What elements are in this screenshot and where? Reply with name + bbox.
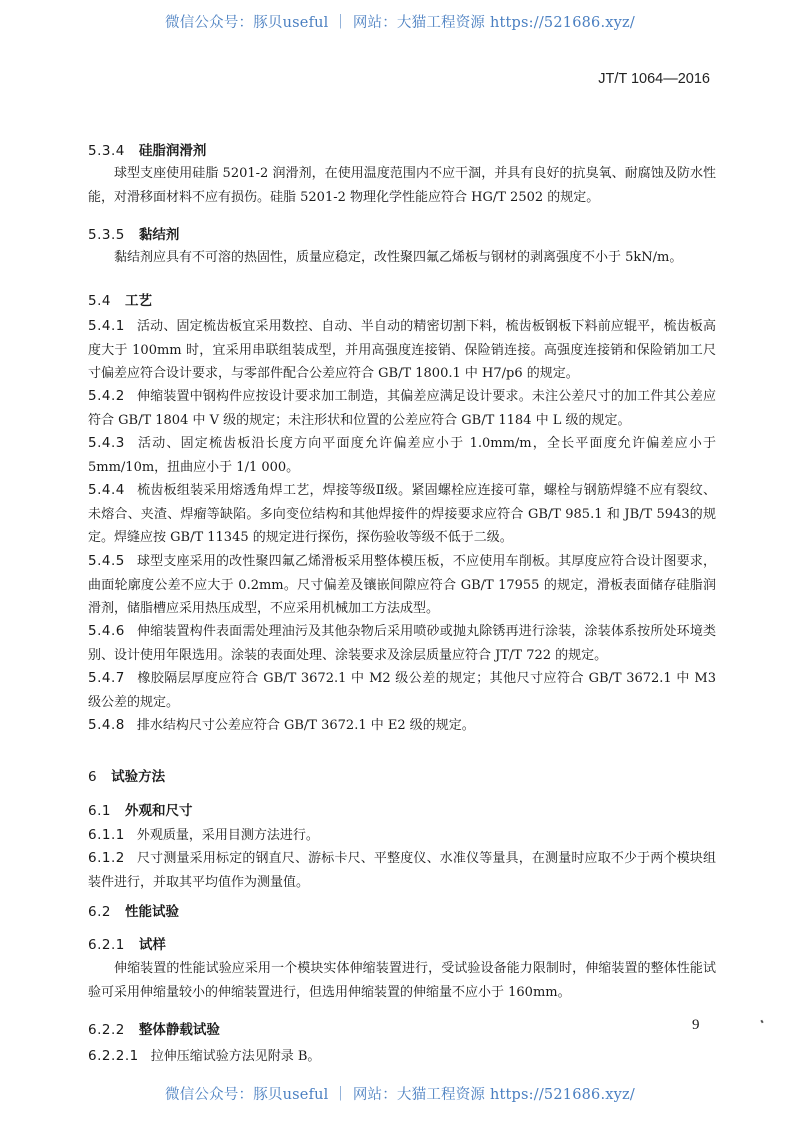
heading-6-2-1: 6.2.1试样: [88, 933, 166, 953]
page-number: 9: [692, 1017, 700, 1034]
standard-code: JT/T 1064—2016: [598, 71, 710, 87]
heading-6-1: 6.1外观和尺寸: [88, 799, 192, 819]
paragraph-5-3-5: 黏结剂应具有不可溶的热固性，质量应稳定，改性聚四氟乙烯板与钢材的剥离强度不小于 …: [88, 246, 716, 270]
clause-6-2-2-1: 6.2.2.1拉伸压缩试验方法见附录 B。: [88, 1045, 716, 1069]
heading-5-3-4: 5.3.4硅脂润滑剂: [88, 139, 206, 159]
clause-5-4-3: 5.4.3活动、固定梳齿板沿长度方向平面度允许偏差应小于 1.0mm/m，全长平…: [88, 432, 716, 479]
clause-6-1-1: 6.1.1外观质量，采用目测方法进行。: [88, 824, 716, 848]
heading-6: 6试验方法: [88, 765, 165, 785]
paragraph-6-2-1: 伸缩装置的性能试验应采用一个模块实体伸缩装置进行，受试验设备能力限制时，伸缩装置…: [88, 957, 716, 1004]
watermark-top: 微信公众号：豚贝useful ｜ 网站：大猫工程资源 https://52168…: [0, 11, 800, 32]
clause-5-4-6: 5.4.6伸缩装置构件表面需处理油污及其他杂物后采用喷砂或抛丸除锈再进行涂装，涂…: [88, 620, 716, 667]
clause-5-4-1: 5.4.1活动、固定梳齿板宜采用数控、自动、半自动的精密切割下料，梳齿板钢板下料…: [88, 315, 716, 386]
heading-6-2: 6.2性能试验: [88, 900, 179, 920]
scan-speck: [760, 1020, 763, 1024]
clause-5-4-5: 5.4.5球型支座采用的改性聚四氟乙烯滑板采用整体模压板，不应使用车削板。其厚度…: [88, 550, 716, 621]
heading-5-3-5: 5.3.5黏结剂: [88, 223, 179, 243]
clause-5-4-7: 5.4.7橡胶隔层厚度应符合 GB/T 3672.1 中 M2 级公差的规定；其…: [88, 667, 716, 714]
heading-5-4: 5.4工艺: [88, 289, 152, 309]
clause-6-1-2: 6.1.2尺寸测量采用标定的钢直尺、游标卡尺、平整度仪、水准仪等量具，在测量时应…: [88, 847, 716, 894]
watermark-bottom: 微信公众号：豚贝useful ｜ 网站：大猫工程资源 https://52168…: [0, 1083, 800, 1104]
clause-5-4-4: 5.4.4梳齿板组装采用熔透角焊工艺，焊接等级Ⅱ级。紧固螺栓应连接可靠，螺栓与钢…: [88, 479, 716, 550]
clause-5-4-8: 5.4.8排水结构尺寸公差应符合 GB/T 3672.1 中 E2 级的规定。: [88, 714, 716, 738]
heading-6-2-2: 6.2.2整体静载试验: [88, 1018, 220, 1038]
clause-5-4-2: 5.4.2伸缩装置中钢构件应按设计要求加工制造，其偏差应满足设计要求。未注公差尺…: [88, 385, 716, 432]
paragraph-5-3-4: 球型支座使用硅脂 5201-2 润滑剂，在使用温度范围内不应干涸，并具有良好的抗…: [88, 162, 716, 209]
